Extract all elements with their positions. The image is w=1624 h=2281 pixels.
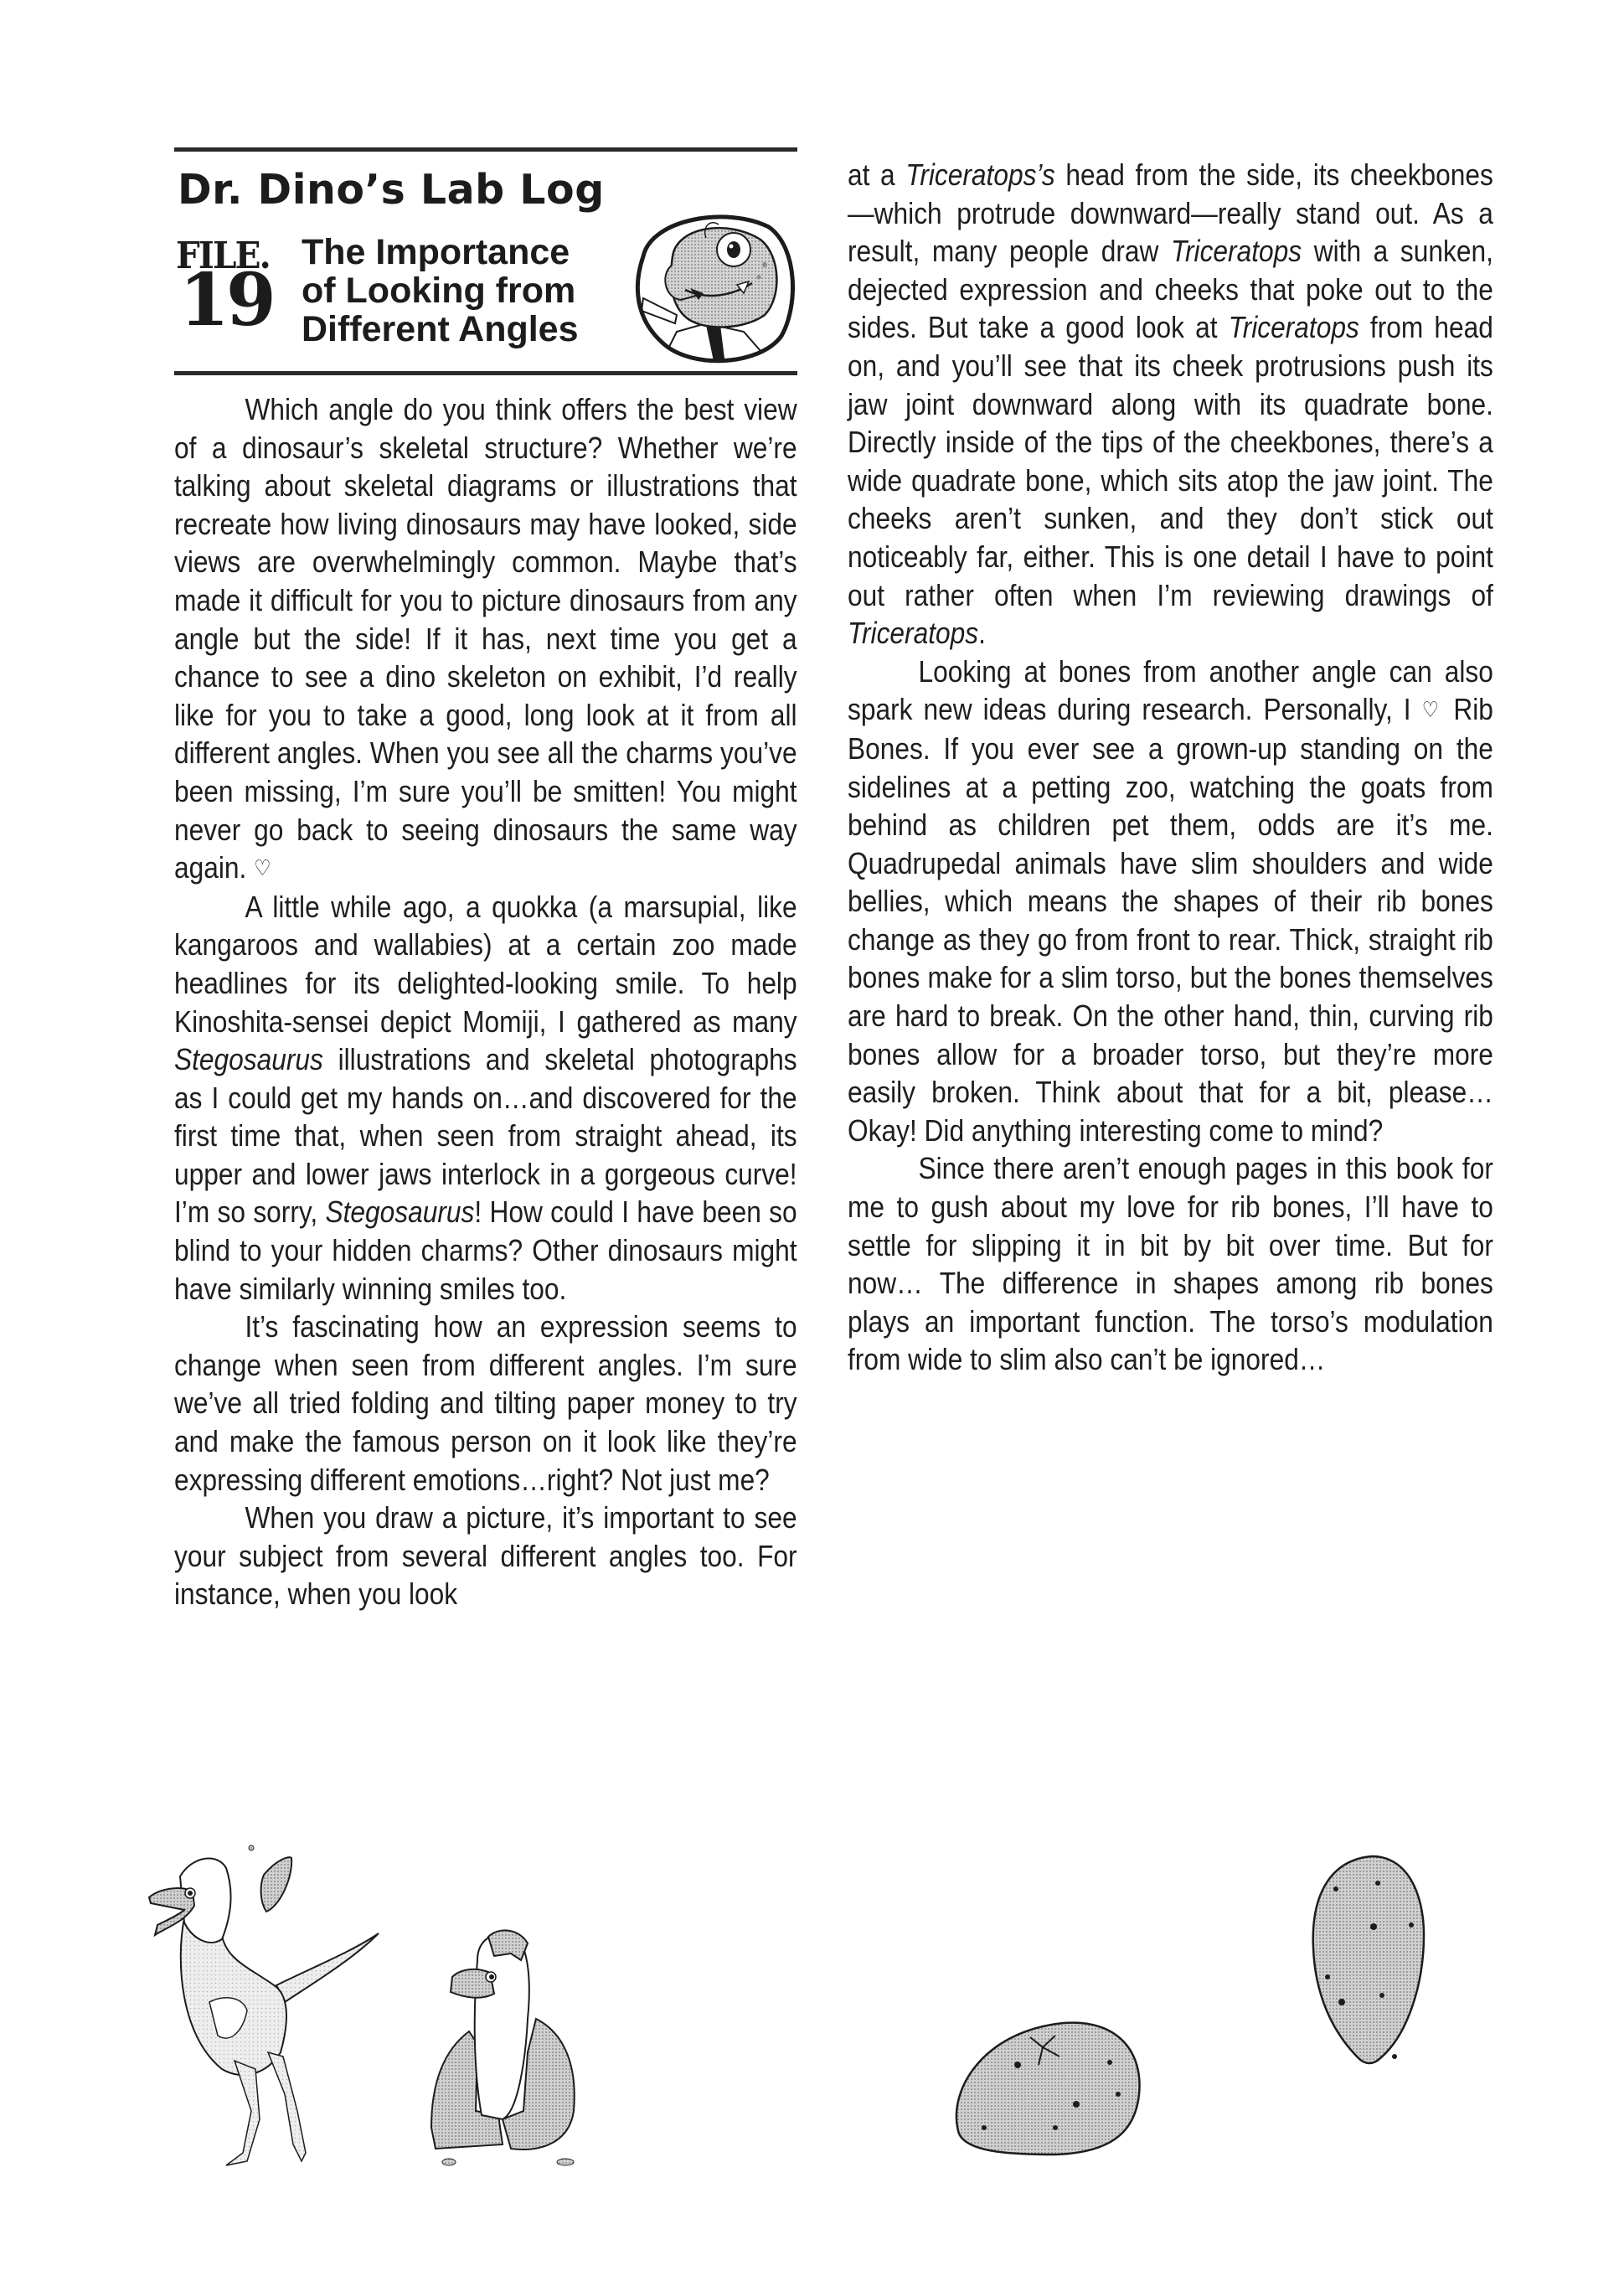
italic-species-name: Stegosaurus bbox=[325, 1195, 474, 1229]
paragraph-4-continued: at a Triceratops’s head from the side, i… bbox=[848, 156, 1493, 653]
standing-dinosaur-illustration bbox=[149, 1845, 379, 2165]
header-top-rule bbox=[174, 147, 797, 152]
text-run: at a bbox=[848, 157, 905, 192]
heart-icon: ♡ bbox=[1422, 697, 1443, 722]
italic-species-name: Triceratops bbox=[1171, 234, 1302, 268]
italic-species-name: Triceratops’s bbox=[905, 157, 1054, 192]
hatching-sequence-illustration bbox=[142, 1843, 1516, 2228]
header-bottom-rule bbox=[174, 371, 797, 375]
hatchling-in-egg-illustration bbox=[431, 1930, 575, 2165]
left-text-column: Which angle do you think offers the best… bbox=[174, 390, 797, 1613]
file-title-line-3: Different Angles bbox=[302, 310, 579, 348]
paragraph-3: It’s fascinating how an expression seems… bbox=[174, 1308, 797, 1499]
text-run: from head on, and you’ll see that its ch… bbox=[848, 310, 1493, 612]
egg-side-view-illustration bbox=[956, 2023, 1140, 2155]
series-title: Dr. Dino’s Lab Log bbox=[178, 166, 605, 214]
paragraph-2: A little while ago, a quokka (a marsupia… bbox=[174, 888, 797, 1308]
italic-species-name: Stegosaurus bbox=[174, 1042, 323, 1076]
egg-upright-illustration bbox=[1313, 1856, 1424, 2063]
dr-dino-mascot-icon bbox=[626, 206, 797, 365]
paragraph-6: Since there aren’t enough pages in this … bbox=[848, 1149, 1493, 1379]
text-run: A little while ago, a quokka (a marsupia… bbox=[174, 890, 797, 1039]
heart-icon: ♡ bbox=[254, 855, 271, 880]
file-title-line-1: The Importance bbox=[302, 233, 579, 271]
right-text-column: at a Triceratops’s head from the side, i… bbox=[848, 156, 1493, 1379]
lab-log-header: Dr. Dino’s Lab Log FILE. 19 The Importan… bbox=[174, 147, 797, 379]
paragraph-5: Looking at bones from another angle can … bbox=[848, 653, 1493, 1150]
file-number: 19 bbox=[179, 265, 273, 337]
paragraph-1: Which angle do you think offers the best… bbox=[174, 390, 797, 888]
paragraph-1-text: Which angle do you think offers the best… bbox=[174, 392, 797, 885]
file-title: The Importance of Looking from Different… bbox=[302, 233, 579, 348]
text-run: . bbox=[978, 616, 986, 650]
paragraph-4: When you draw a picture, it’s important … bbox=[174, 1499, 797, 1613]
italic-species-name: Triceratops bbox=[1229, 310, 1359, 344]
text-run: Looking at bones from another angle can … bbox=[848, 654, 1493, 727]
text-run: Rib Bones. If you ever see a grown-up st… bbox=[848, 692, 1493, 1148]
file-title-line-2: of Looking from bbox=[302, 271, 579, 310]
book-page: Dr. Dino’s Lab Log FILE. 19 The Importan… bbox=[0, 0, 1624, 2281]
italic-species-name: Triceratops bbox=[848, 616, 978, 650]
